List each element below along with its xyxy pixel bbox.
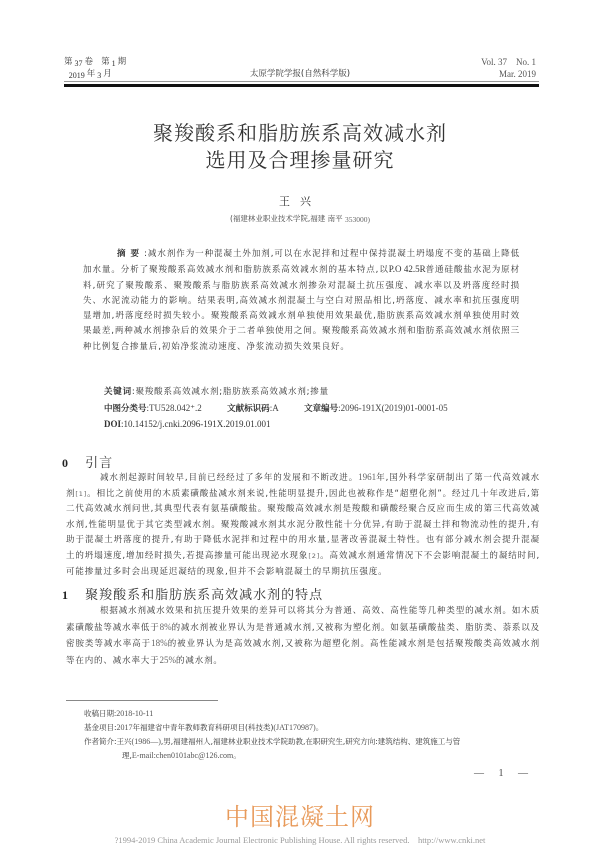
abstract-text-b: 普通硅酸盐水泥为原材料,研究了聚羧酸系、聚羧酸系与脂肪族系高效减水剂掺杂对混凝土…	[83, 265, 520, 351]
doi-value: :10.14152/j.cnki.2096-191X.2019.01.001	[121, 419, 271, 429]
volume-issue-en: Vol. 37 No. 1	[481, 56, 536, 68]
header-rule-thick	[64, 84, 539, 87]
paper-title: 聚羧酸系和脂肪族系高效减水剂 选用及合理掺量研究	[0, 120, 600, 174]
keywords-text: :聚羧酸系高效减水剂;脂肪族系高效减水剂;掺量	[132, 387, 329, 397]
title-line-2: 选用及合理掺量研究	[0, 147, 600, 174]
section-0-paragraph: 减水剂起源时间较早,目前已经经过了多年的发展和不断改进。1961年,国外科学家研…	[66, 470, 540, 580]
author-email[interactable]: E-mail:chen0101abc@126.com。	[132, 751, 241, 760]
abstract-label: 摘要	[117, 249, 144, 259]
doi-line: DOI:10.14152/j.cnki.2096-191X.2019.01.00…	[104, 419, 271, 429]
affiliation: (福建林业职业技术学院,福建 南平 353000)	[0, 213, 600, 224]
classification-line: 中图分类号:TU528.042⁺.2 文献标识码:A 文章编号:2096-191…	[104, 402, 448, 414]
doi-label: DOI	[104, 419, 121, 429]
postal-code: 353000)	[345, 215, 370, 224]
article-no-label: 文章编号	[304, 404, 338, 414]
section-number: 0	[62, 456, 68, 470]
footnote-rule	[66, 700, 218, 701]
title-line-1: 聚羧酸系和脂肪族系高效减水剂	[0, 120, 600, 147]
cement-grade: P.O 42.5R	[389, 264, 426, 274]
keywords: 关键词:聚羧酸系高效减水剂;脂肪族系高效减水剂;掺量	[104, 385, 329, 397]
date-en: Mar. 2019	[481, 68, 536, 80]
author-bio-cont: 理,E-mail:chen0101abc@126.com。	[84, 749, 460, 763]
keywords-label: 关键词	[104, 387, 132, 397]
section-1-heading: 1 聚羧酸系和脂肪族系高效减水剂的特点	[62, 584, 323, 603]
doc-code-value: :A	[270, 403, 279, 413]
fund-project: 基金项目:2017年福建省中青年教师教育科研项目(科技类)(JAT170987)…	[84, 721, 460, 735]
clc-value: :TU528.042⁺.2	[147, 403, 202, 413]
header-rule-thin	[64, 81, 539, 82]
received-date: 收稿日期:2018-10-11	[84, 707, 460, 721]
section-title: 聚羧酸系和脂肪族系高效减水剂的特点	[85, 588, 323, 603]
year-1961: 1961	[358, 472, 376, 482]
citation-2[interactable]: [2]	[308, 552, 320, 560]
percent-18: 18%	[151, 638, 168, 648]
citation-1[interactable]: [1]	[75, 490, 87, 498]
abstract: 摘要:减水剂作为一种混凝土外加剂,可以在水泥拌和过程中保持混凝土坍塌度不变的基础…	[83, 247, 520, 355]
clc-label: 中图分类号	[104, 404, 147, 414]
watermark: 中国混凝土网	[0, 797, 600, 832]
percent-25: 25%	[160, 655, 177, 665]
article-no-value: :2096-191X(2019)01-0001-05	[338, 403, 448, 413]
author-bio: 作者简介:王兴(1986—),男,福建福州人,福建林业职业技术学院助教,在职研究…	[84, 735, 460, 749]
author-name: 王兴	[0, 193, 600, 209]
doc-code-label: 文献标识码	[227, 404, 270, 414]
page-number: — 1 —	[474, 768, 534, 779]
footnotes: 收稿日期:2018-10-11 基金项目:2017年福建省中青年教师教育科研项目…	[84, 707, 460, 763]
section-1-paragraph: 根据减水剂减水效果和抗压提升效果的差异可以将其分为普通、高效、高性能等几种类型的…	[66, 604, 540, 669]
copyright-notice: ?1994-2019 China Academic Journal Electr…	[0, 835, 600, 845]
section-title: 引言	[85, 456, 113, 471]
percent-8: 8%	[160, 622, 172, 632]
section-0-heading: 0 引言	[62, 452, 113, 471]
header-issue-info-en: Vol. 37 No. 1 Mar. 2019	[481, 56, 536, 80]
section-number: 1	[62, 588, 68, 602]
